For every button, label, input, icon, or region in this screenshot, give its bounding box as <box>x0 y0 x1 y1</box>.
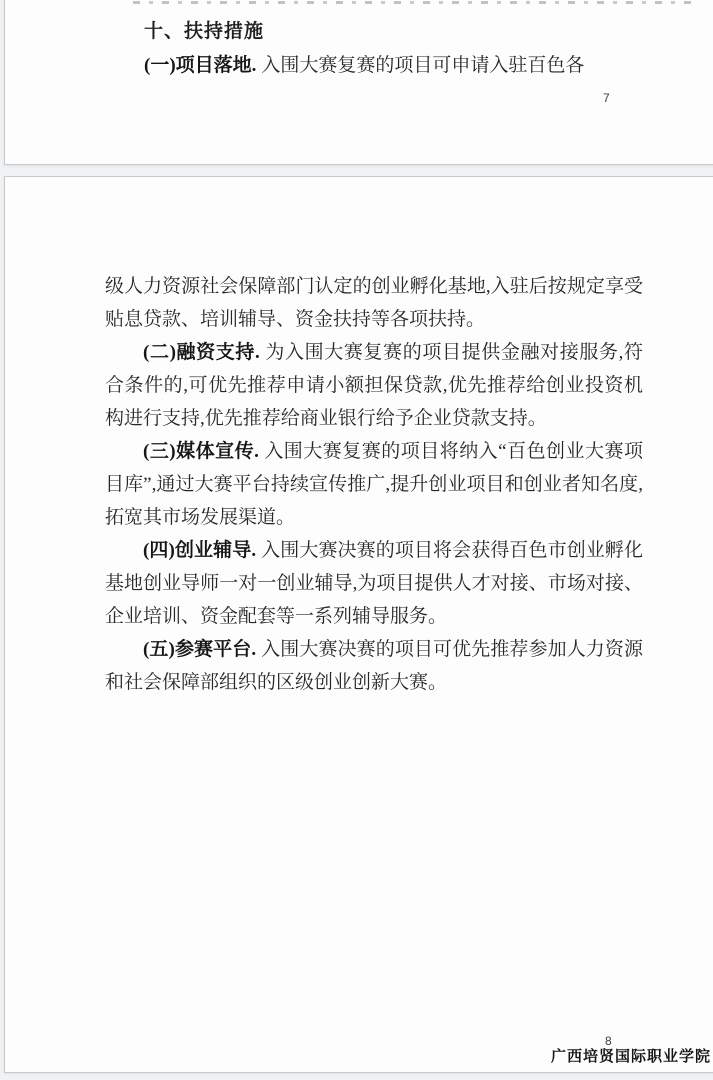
paragraph-lead: (一)项目落地. <box>144 55 256 76</box>
document-page-7: 十、扶持措施 (一)项目落地.入围大赛复赛的项目可申请入驻百色各 7 <box>4 0 713 165</box>
paragraph-lead: (三)媒体宣传. <box>143 441 259 462</box>
paragraph-lead: (五)参赛平台. <box>143 639 256 660</box>
paragraph-project-landing: (一)项目落地.入围大赛复赛的项目可申请入驻百色各 <box>106 52 646 79</box>
paragraph-financing-support: (二)融资支持.为入围大赛复赛的项目提供金融对接服务,符合条件的,可优先推荐申请… <box>105 336 643 435</box>
section-heading: 十、扶持措施 <box>106 19 646 45</box>
paragraph-text: 入围大赛复赛的项目可申请入驻百色各 <box>261 55 584 76</box>
institution-watermark: 广西培贤国际职业学院 <box>551 1045 711 1066</box>
page-number: 7 <box>603 91 610 105</box>
page-8-text-block: 级人力资源社会保障部门认定的创业孵化基地,入驻后按规定享受贴息贷款、培训辅导、资… <box>105 270 643 699</box>
paragraph-competition-platform: (五)参赛平台.入围大赛决赛的项目可优先推荐参加人力资源和社会保障部组织的区级创… <box>105 633 643 699</box>
paragraph-lead: (四)创业辅导. <box>143 540 256 561</box>
document-page-8: 级人力资源社会保障部门认定的创业孵化基地,入驻后按规定享受贴息贷款、培训辅导、资… <box>4 176 713 1073</box>
paragraph-media-publicity: (三)媒体宣传.入围大赛复赛的项目将纳入“百色创业大赛项目库”,通过大赛平台持续… <box>105 435 643 534</box>
paragraph-lead: (二)融资支持. <box>143 342 260 363</box>
paragraph-startup-coaching: (四)创业辅导.入围大赛决赛的项目将会获得百色市创业孵化基地创业导师一对一创业辅… <box>105 534 643 633</box>
clipped-previous-line <box>133 1 693 4</box>
paragraph-continuation: 级人力资源社会保障部门认定的创业孵化基地,入驻后按规定享受贴息贷款、培训辅导、资… <box>105 270 643 336</box>
